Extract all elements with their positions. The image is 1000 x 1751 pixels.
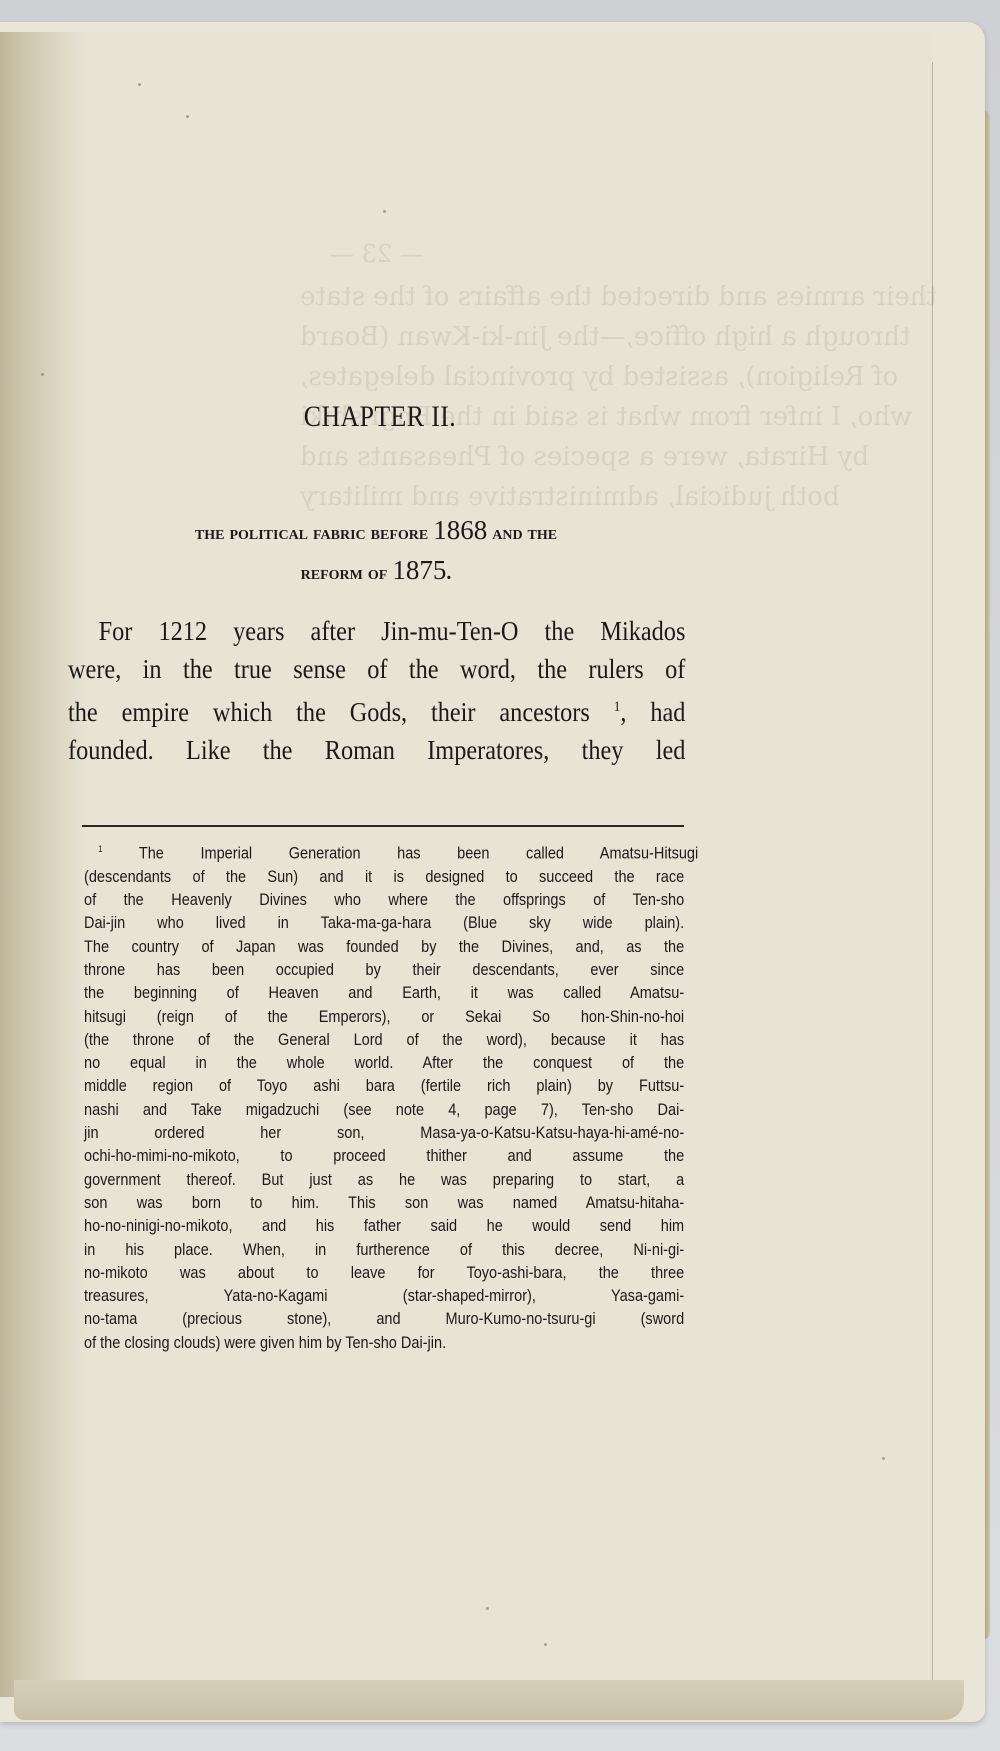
footnote-line: Dai-jin who lived in Taka-ma-ga-hara (Bl… bbox=[84, 912, 684, 935]
paper-speck bbox=[41, 373, 44, 376]
footnote-separator bbox=[82, 825, 684, 827]
footnote-line: the beginning of Heaven and Earth, it wa… bbox=[84, 982, 684, 1005]
page-bottom-edge bbox=[14, 1680, 964, 1720]
body-line: the empire which the Gods, their ancesto… bbox=[68, 688, 685, 731]
body-line: founded. Like the Roman Imperatores, the… bbox=[68, 731, 685, 769]
body-line: For 1212 years after Jin-mu-Ten-O the Mi… bbox=[68, 612, 685, 650]
footnote-line: no-tama (precious stone), and Muro-Kumo-… bbox=[84, 1308, 684, 1331]
body-paragraph: For 1212 years after Jin-mu-Ten-O the Mi… bbox=[68, 612, 685, 769]
footnote-line: 1 The Imperial Generation has been calle… bbox=[84, 838, 698, 866]
footnote-line: no equal in the whole world. After the c… bbox=[84, 1052, 684, 1075]
chapter-title: CHAPTER II. bbox=[53, 400, 707, 434]
footnote-line: ochi-ho-mimi-no-mikoto, to proceed thith… bbox=[84, 1145, 684, 1168]
footnote-line: son was born to him. This son was named … bbox=[84, 1192, 684, 1215]
footnote-line: in his place. When, in furtherence of th… bbox=[84, 1239, 684, 1262]
subtitle-text: and the bbox=[487, 522, 557, 544]
footnote-reference[interactable]: 1 bbox=[614, 699, 621, 715]
footnote-line: ho-no-ninigi-no-mikoto, and his father s… bbox=[84, 1215, 684, 1238]
subtitle-text: . bbox=[446, 562, 451, 584]
subtitle-year: 1875 bbox=[392, 555, 446, 585]
footnote-line-text: The Imperial Generation has been called … bbox=[139, 845, 698, 863]
paper-speck bbox=[544, 1643, 547, 1646]
paper-speck bbox=[486, 1607, 489, 1610]
footnote-line: nashi and Take migadzuchi (see note 4, p… bbox=[84, 1099, 684, 1122]
subtitle-year: 1868 bbox=[433, 515, 487, 545]
subtitle-text: reform of bbox=[301, 562, 393, 584]
paper-speck bbox=[138, 83, 141, 86]
chapter-subtitle: the political fabric before 1868 and the… bbox=[66, 512, 686, 592]
footnote-line: middle region of Toyo ashi bara (fertile… bbox=[84, 1075, 684, 1098]
footnote-line: of the closing clouds) were given him by… bbox=[84, 1332, 684, 1355]
body-line-text: , had bbox=[620, 697, 685, 727]
footnote-line: hitsugi (reign of the Emperors), or Seka… bbox=[84, 1006, 684, 1029]
body-line-text: the empire which the Gods, their ancesto… bbox=[68, 697, 590, 727]
page-fold-line bbox=[932, 62, 933, 1682]
body-line: were, in the true sense of the word, the… bbox=[68, 650, 685, 688]
subtitle-line: the political fabric before 1868 and the bbox=[66, 512, 686, 552]
footnote-line: of the Heavenly Divines who where the of… bbox=[84, 889, 684, 912]
subtitle-text: the political fabric before bbox=[195, 522, 433, 544]
paper-speck bbox=[186, 115, 189, 118]
footnote-line: The country of Japan was founded by the … bbox=[84, 936, 684, 959]
footnote-line: jin ordered her son, Masa-ya-o-Katsu-Kat… bbox=[84, 1122, 684, 1145]
paper-speck bbox=[882, 1457, 885, 1460]
footnote: 1 The Imperial Generation has been calle… bbox=[84, 838, 684, 1355]
footnote-line: government thereof. But just as he was p… bbox=[84, 1169, 684, 1192]
footnote-line: (descendants of the Sun) and it is desig… bbox=[84, 866, 684, 889]
footnote-line: (the throne of the General Lord of the w… bbox=[84, 1029, 684, 1052]
footnote-marker: 1 bbox=[98, 844, 102, 854]
footnote-line: no-mikoto was about to leave for Toyo-as… bbox=[84, 1262, 684, 1285]
paper-speck bbox=[383, 210, 386, 213]
subtitle-line: reform of 1875. bbox=[66, 552, 686, 592]
footnote-line: treasures, Yata-no-Kagami (star-shaped-m… bbox=[84, 1285, 684, 1308]
gutter-shadow bbox=[0, 32, 85, 1697]
footnote-line: throne has been occupied by their descen… bbox=[84, 959, 684, 982]
